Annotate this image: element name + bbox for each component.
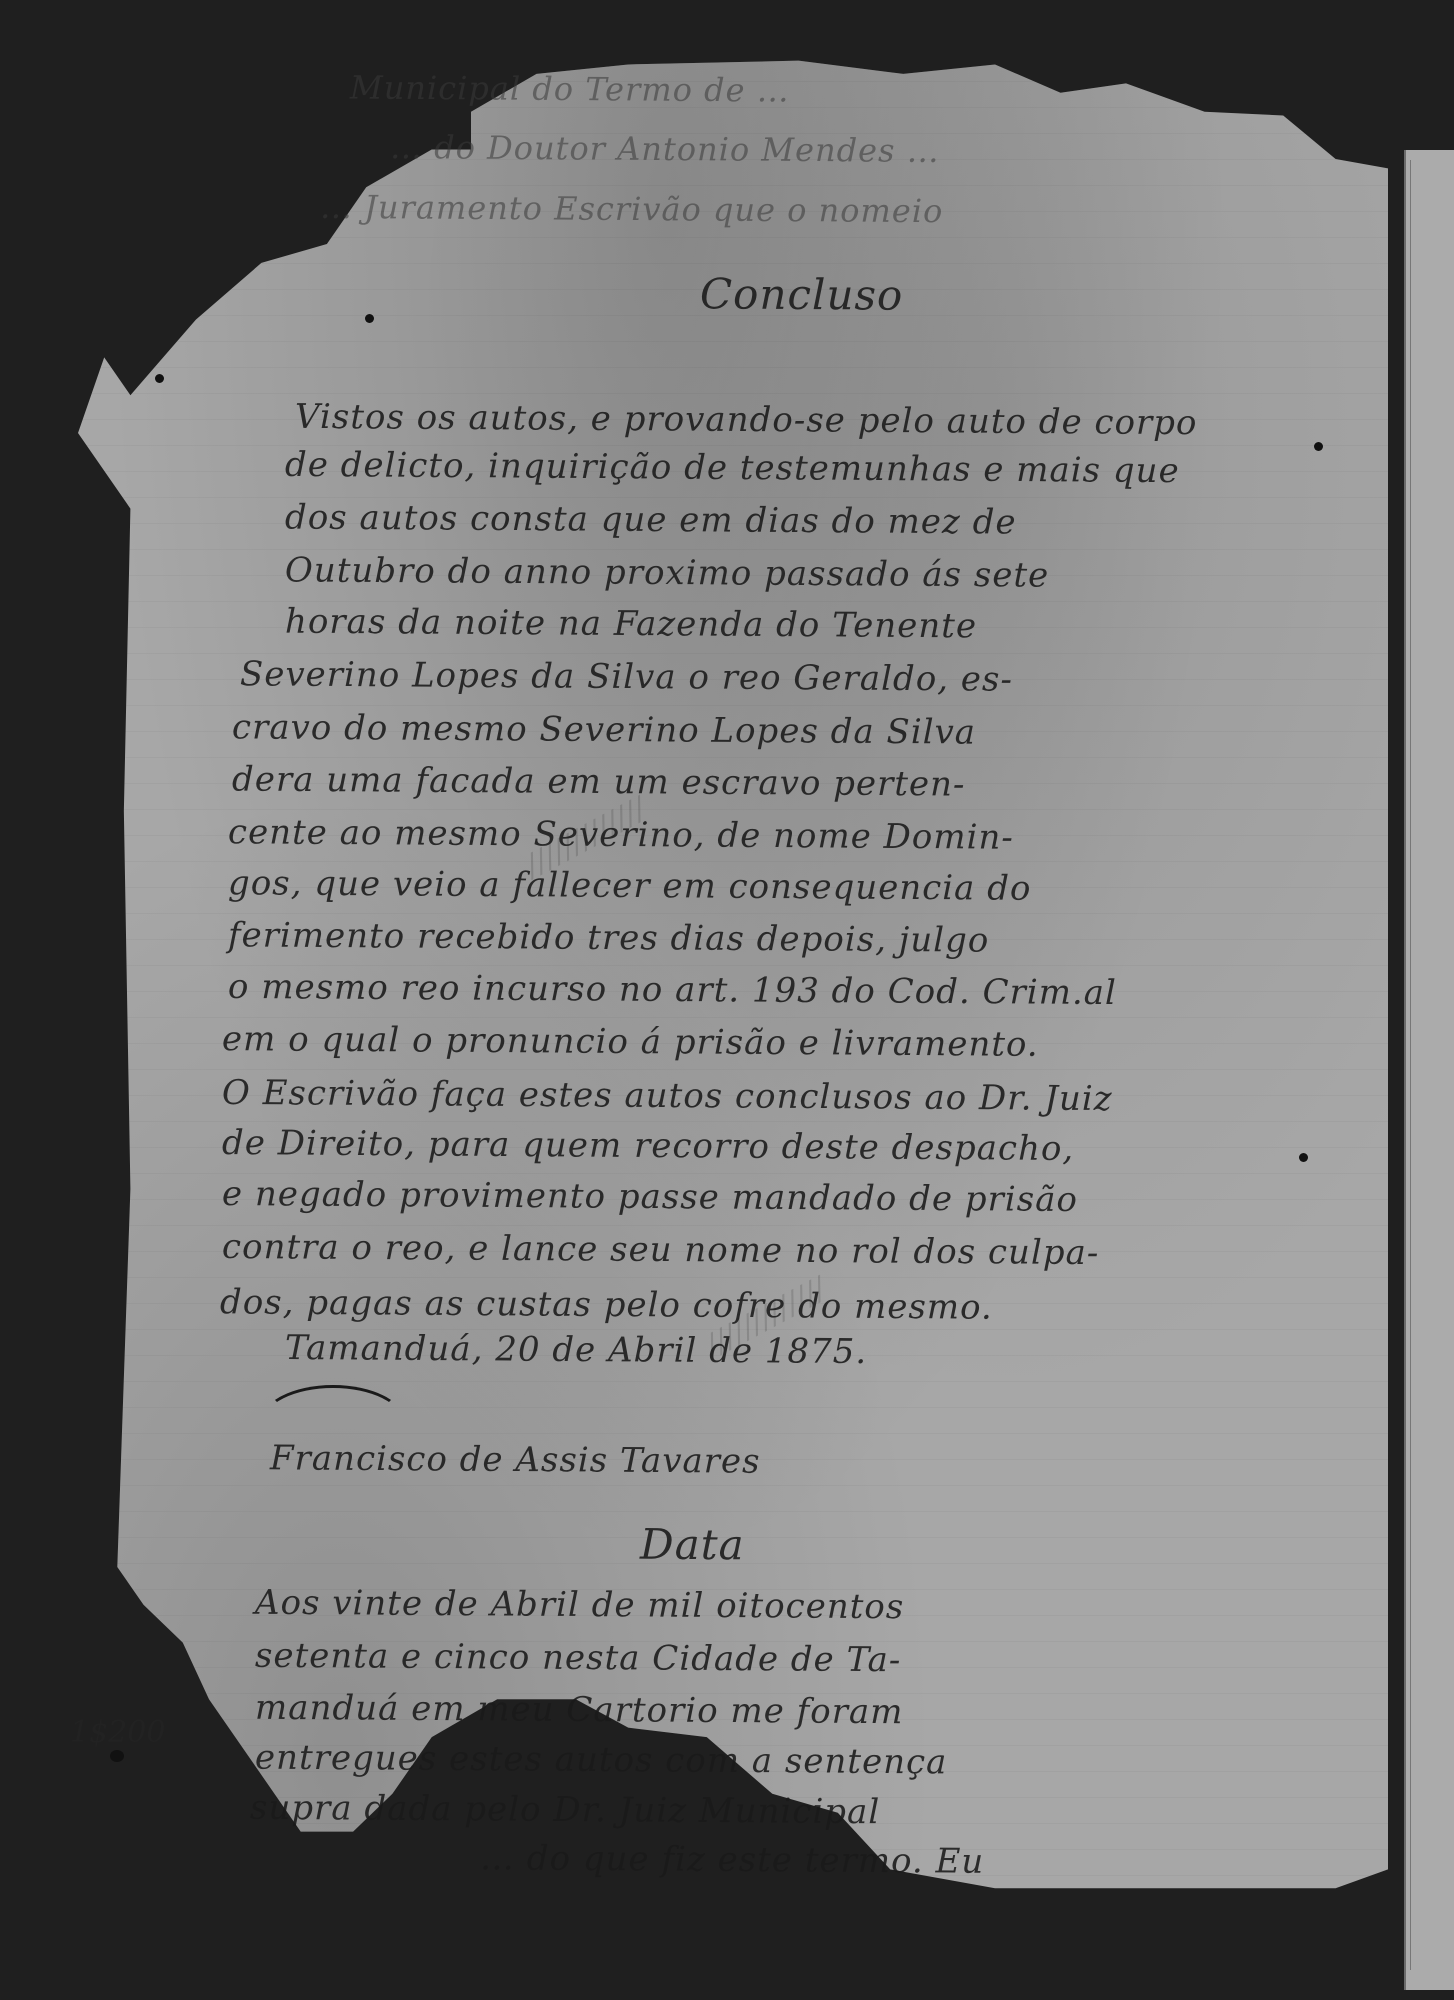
data-line: … do que fiz este termo. Eu — [480, 1838, 985, 1882]
body-line: de Direito, para quem recorro deste desp… — [222, 1123, 1074, 1169]
body-line: cravo do mesmo Severino Lopes da Silva — [232, 707, 976, 752]
body-line: dera uma facada em um escravo perten- — [232, 759, 966, 804]
body-line: o mesmo reo incurso no art. 193 do Cod. … — [228, 967, 1117, 1013]
header-line-1: Municipal do Termo de … — [350, 68, 790, 109]
body-line: Severino Lopes da Silva o reo Geraldo, e… — [240, 654, 1013, 699]
data-line: setenta e cinco nesta Cidade de Ta- — [255, 1636, 902, 1681]
data-line: Aos vinte de Abril de mil oitocentos — [255, 1583, 905, 1628]
ink-spot — [110, 1750, 124, 1762]
body-line: gos, que veio a fallecer em consequencia… — [228, 863, 1032, 909]
manuscript-text: ///////////// ///////////// Municipal do… — [0, 0, 1454, 2000]
scanned-manuscript-page: ///////////// ///////////// Municipal do… — [0, 0, 1454, 2000]
body-line: contra o reo, e lance seu nome no rol do… — [222, 1227, 1100, 1273]
body-line: horas da noite na Fazenda do Tenente — [285, 602, 977, 647]
ink-spot — [155, 374, 164, 383]
judge-signature: Francisco de Assis Tavares — [270, 1438, 761, 1481]
ink-spot — [1299, 1153, 1308, 1162]
section-title-data: Data — [640, 1520, 745, 1570]
header-line-2: … do Doutor Antonio Mendes … — [390, 128, 940, 170]
header-line-3: … Juramento Escrivão que o nomeio — [320, 188, 944, 230]
margin-fee-note: 1$200 — [70, 1715, 165, 1750]
body-line: dos, pagas as custas pelo cofre do mesmo… — [220, 1282, 993, 1327]
data-line: manduá em meu Cartorio me foram — [255, 1688, 904, 1733]
body-line: e negado provimento passe mandado de pri… — [222, 1174, 1078, 1220]
body-line: ferimento recebido tres dias depois, jul… — [228, 915, 990, 960]
place-date: Tamanduá, 20 de Abril de 1875. — [285, 1328, 867, 1372]
body-line: cente ao mesmo Severino, de nome Domin- — [228, 812, 1014, 857]
body-line: Vistos os autos, e provando-se pelo auto… — [295, 397, 1198, 443]
body-line: dos autos consta que em dias do mez de — [285, 497, 1017, 542]
data-line: supra dada pelo Dr. Juiz Municipal — [250, 1788, 880, 1832]
ink-spot — [1314, 442, 1323, 451]
data-line: entregues estes autos com a sentença — [255, 1738, 948, 1783]
body-line: Outubro do anno proximo passado ás sete — [285, 550, 1049, 595]
body-line: em o qual o pronuncio á prisão e livrame… — [222, 1019, 1039, 1065]
ink-spot — [365, 314, 374, 323]
section-title-concluso: Concluso — [700, 269, 904, 319]
body-line: de delicto, inquirição de testemunhas e … — [285, 445, 1180, 491]
body-line: O Escrivão faça estes autos conclusos ao… — [222, 1073, 1113, 1119]
